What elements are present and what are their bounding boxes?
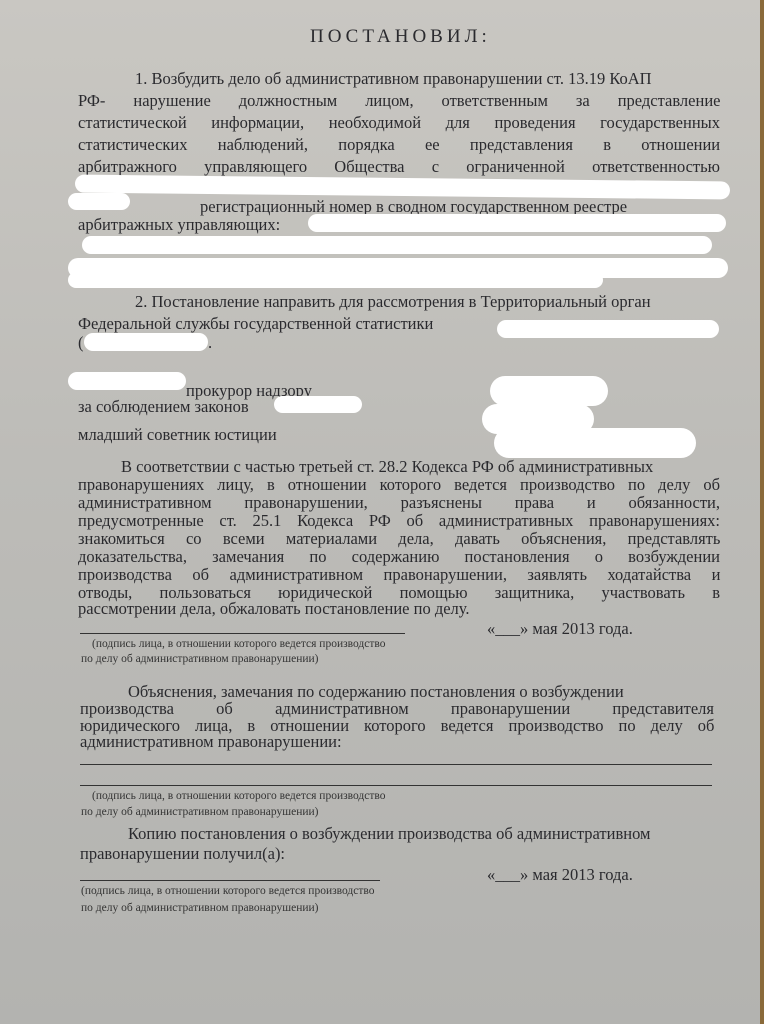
registry-line: арбитражных управляющих: [78, 216, 280, 234]
item2-paren-open: ( [78, 334, 84, 352]
rights-line: правонарушениях лицу, в отношении которо… [78, 476, 720, 494]
item1-line: РФ- нарушение должностным лицом, ответст… [78, 92, 720, 110]
signature-caption: по делу об административном правонарушен… [81, 652, 319, 666]
signature-caption: по делу об административном правонарушен… [81, 805, 319, 819]
redaction [494, 428, 696, 458]
redaction [490, 376, 608, 406]
redaction [84, 333, 208, 351]
rights-line: административном правонарушении, разъясн… [78, 494, 720, 512]
explanations-line-last: административном правонарушении: [80, 733, 342, 751]
signatory-rank: младший советник юстиции [78, 426, 277, 444]
signature-line[interactable] [80, 880, 380, 881]
redaction [82, 236, 712, 254]
item1-line: арбитражного управляющего Общества с огр… [78, 158, 720, 176]
signature-caption: (подпись лица, в отношении которого веде… [92, 789, 386, 803]
item1-line: статистической информации, необходимой д… [78, 114, 720, 132]
item1-line: статистических наблюдений, порядка ее пр… [78, 136, 720, 154]
redaction [75, 175, 730, 200]
redaction [68, 272, 603, 288]
item2-line: 2. Постановление направить для рассмотре… [135, 293, 651, 311]
heading: ПОСТАНОВИЛ: [310, 26, 491, 48]
date-field: «___» мая 2013 года. [487, 620, 633, 638]
signature-caption: по делу об административном правонарушен… [81, 901, 319, 915]
item2-line: Федеральной службы государственной стати… [78, 315, 433, 333]
signature-caption: (подпись лица, в отношении которого веде… [92, 637, 386, 651]
rights-line-last: рассмотрении дела, обжаловать постановле… [78, 600, 470, 618]
explanation-line[interactable] [80, 785, 712, 786]
redaction [68, 372, 186, 390]
signatory-title: за соблюдением законов [78, 398, 249, 416]
explanation-line[interactable] [80, 764, 712, 765]
signature-line[interactable] [80, 633, 405, 634]
copy-received-line: правонарушении получил(а): [80, 845, 285, 863]
redaction [274, 396, 362, 413]
date-field: «___» мая 2013 года. [487, 866, 633, 884]
redaction [497, 320, 719, 338]
rights-line: В соответствии с частью третьей ст. 28.2… [121, 458, 653, 476]
redaction [68, 193, 130, 210]
rights-line: доказательства, замечания по содержанию … [78, 548, 720, 566]
item2-line-end: . [208, 334, 212, 352]
rights-line: производства об административном правона… [78, 566, 720, 584]
redaction [308, 214, 726, 232]
rights-line: предусмотренные ст. 25.1 Кодекса РФ об а… [78, 512, 720, 530]
item1-line: 1. Возбудить дело об административном пр… [135, 70, 652, 88]
copy-received-line: Копию постановления о возбуждении произв… [128, 825, 650, 843]
page-edge [760, 0, 764, 1024]
rights-line: знакомиться со всеми материалами дела, д… [78, 530, 720, 548]
signature-caption: (подпись лица, в отношении которого веде… [81, 884, 375, 898]
